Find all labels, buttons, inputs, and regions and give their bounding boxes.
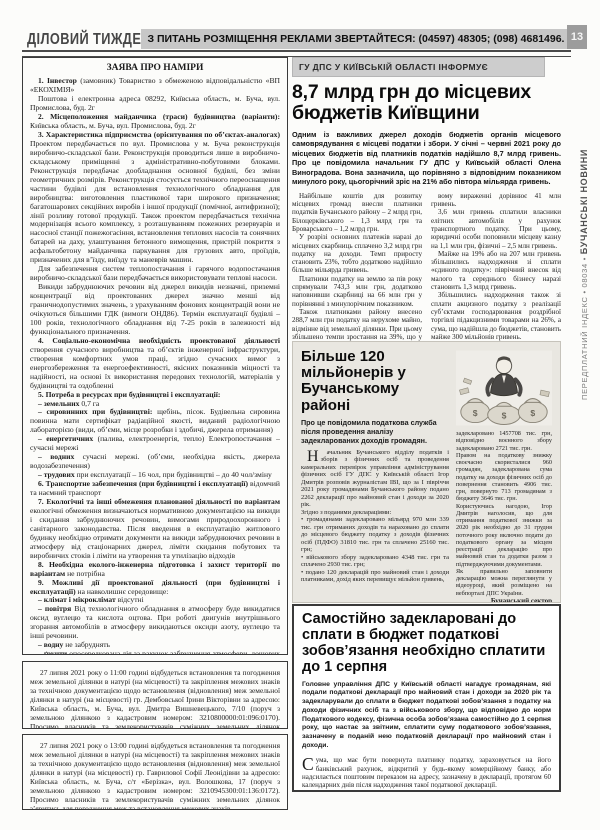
notice-paragraph-text: Проектом передбачається по вул. Промисло… bbox=[30, 139, 280, 264]
notice-paragraph-heading: – енергетичних bbox=[38, 434, 93, 443]
millionaires-bullet-list: • громадянами задекларовано мільярд 970 … bbox=[301, 516, 449, 583]
masthead-divider bbox=[22, 50, 571, 57]
subscription-index-strip: ПЕРЕДПЛАТНИЙ ІНДЕКС • 08034 • БУЧАНСЬКІ … bbox=[563, 55, 583, 400]
millionaires-bullet: • подано 120 декларацій про майновий ста… bbox=[301, 569, 449, 584]
land-survey-notice-1: 27 липня 2021 року о 11:00 годині відбуд… bbox=[22, 661, 288, 729]
land-survey-notice-1-text: 27 липня 2021 року о 11:00 годині відбуд… bbox=[30, 668, 280, 729]
notice-paragraph-heading: 3. Характеристика підприємства (орієнтув… bbox=[38, 130, 280, 139]
newspaper-page: ДІЛОВИЙ ТИЖДЕНЬ З ПИТАНЬ РОЗМІЩЕННЯ РЕКЛ… bbox=[0, 0, 600, 830]
article-column-1: Найбільше коштів для розвитку місцевих г… bbox=[292, 192, 422, 364]
article-lead: Одним із важливих джерел доходів бюджеті… bbox=[292, 130, 561, 187]
vertical-brand: БУЧАНСЬКІ НОВИНИ bbox=[579, 149, 589, 254]
millionaires-column-1: Більше 120 мільйонерів у Бучанському рай… bbox=[301, 349, 449, 595]
article-paragraph: Збільшились надходження також зі сплати … bbox=[431, 291, 561, 341]
notice-paragraph-heading: – водну bbox=[38, 640, 63, 649]
subscription-index-text: ПЕРЕДПЛАТНИЙ ІНДЕКС • 08034 • БУЧАНСЬКІ … bbox=[579, 55, 589, 400]
millionaires-intro: Начальник Бучанського відділу податків і… bbox=[301, 449, 449, 509]
statement-of-intent-notice: ЗАЯВА ПРО НАМІРИ 1. Інвестор (замовник) … bbox=[22, 57, 288, 655]
millionaires-subhead: Про це повідомила податкова служба після… bbox=[301, 418, 449, 445]
notice-paragraph-text: опосередкована дія за рахунок забрудненн… bbox=[30, 649, 280, 655]
notice-paragraph-text: при експлуатації – 16 чол, при будівницт… bbox=[75, 470, 272, 479]
notice-paragraph-heading: 1. Інвестор bbox=[38, 76, 77, 85]
millionaires-paragraph: задекларовано 1457708 тис. грн, відповід… bbox=[456, 430, 552, 452]
notice-paragraph-heading: 6. Транспортне забезпечення (при будівни… bbox=[38, 479, 248, 488]
notice-paragraph-heading: 7. Екологічні та інші обмеження планован… bbox=[38, 497, 280, 506]
notice-paragraph-text: відсутні bbox=[116, 595, 144, 604]
notice-paragraph-heading: – сировинних при будівництві: bbox=[38, 407, 152, 416]
article-kicker: ГУ ДПС У КИЇВСЬКІЙ ОБЛАСТІ ІНФОРМУЄ bbox=[292, 57, 545, 77]
notice-paragraph-heading: – повітря bbox=[38, 604, 71, 613]
notice-paragraph-heading: – ґрунти bbox=[38, 649, 67, 655]
notice-paragraph-text: Київська область, м. Буча, вул. Промисло… bbox=[30, 121, 196, 130]
page-number: 13 bbox=[567, 25, 587, 49]
notice-title: ЗАЯВА ПРО НАМІРИ bbox=[30, 63, 280, 74]
millionaires-paragraph: Як правильно заповнити декларацію можна … bbox=[456, 568, 552, 597]
notice-paragraph: 9. Можливі дії проектованої діяльності (… bbox=[30, 579, 280, 597]
index-number: • 08034 • bbox=[580, 254, 589, 296]
land-survey-notice-2-text: 27 липня 2021 року о 13:00 годині відбуд… bbox=[30, 741, 280, 810]
article-paragraph: Майже на 19% або на 207 млн гривень збіл… bbox=[431, 250, 561, 291]
notice-paragraph-heading: 2. Місцеположення майданчика (траси) буд… bbox=[38, 112, 280, 121]
notice-paragraph-heading: 4. Соціально-економічна необхідність про… bbox=[38, 336, 280, 345]
article-paragraph: 3,6 млн гривень сплатили власники елітни… bbox=[431, 208, 561, 249]
index-label: ПЕРЕДПЛАТНИЙ ІНДЕКС bbox=[580, 296, 589, 400]
notice-paragraph: – сировинних при будівництві: щебінь, пі… bbox=[30, 408, 280, 435]
notice-paragraph-text: створення сучасного виробництва та об’єк… bbox=[30, 345, 280, 390]
svg-text:$: $ bbox=[530, 408, 535, 418]
notice-paragraph-text: 0,7 га bbox=[79, 399, 99, 408]
notice-paragraph-heading: – трудових bbox=[38, 470, 75, 479]
article-headline: 8,7 млрд грн до місцевих бюджетів Київщи… bbox=[292, 82, 561, 125]
millionaires-continued-text: задекларовано 1457708 тис. грн, відповід… bbox=[456, 430, 552, 597]
notice-body: 1. Інвестор (замовник) Товариство з обме… bbox=[30, 77, 280, 655]
notice-paragraph: Поштова і електронна адреса 08292, Київс… bbox=[30, 95, 280, 113]
notice-paragraph: Для забезпечення систем теплопостачання … bbox=[30, 265, 280, 283]
article-body: Найбільше коштів для розвитку місцевих г… bbox=[292, 192, 561, 364]
article-paragraph: У розрізі основних платежів наразі до мі… bbox=[292, 233, 422, 274]
article-column-2: вому вираженні дорівнює 41 млн гривень.3… bbox=[431, 192, 561, 364]
deadline-headline: Самостійно задекларовані до сплати в бюд… bbox=[302, 612, 551, 676]
notice-paragraph-text: Для забезпечення систем теплопостачання … bbox=[30, 264, 280, 282]
millionaires-bullet: • військового збору задекларовано 4348 т… bbox=[301, 554, 449, 569]
millionaires-column-2: $$$ задекларовано 1457708 т bbox=[456, 349, 552, 595]
money-bags-man-illustration: $$$ bbox=[456, 349, 552, 427]
notice-paragraph-heading: – земельних bbox=[38, 399, 79, 408]
notice-paragraph: 1. Інвестор (замовник) Товариство з обме… bbox=[30, 77, 280, 95]
millionaires-list-intro: Згідно з поданими деклараціями: bbox=[301, 509, 449, 516]
millionaires-paragraph: Користуючись нагодою, Ігор Дмитрів нагол… bbox=[456, 503, 552, 568]
notice-paragraph: – ґрунти опосередкована дія за рахунок з… bbox=[30, 650, 280, 655]
notice-paragraph-text: не забруднять bbox=[63, 640, 110, 649]
payment-deadline-article: Самостійно задекларовані до сплати в бюд… bbox=[292, 604, 561, 792]
notice-paragraph-text: Поштова і електронна адреса 08292, Київс… bbox=[30, 94, 280, 112]
notice-paragraph-heading: 5. Потреба в ресурсах при будівництві і … bbox=[38, 390, 220, 399]
notice-paragraph-text: Викиди забруднюючих речовин від джерел в… bbox=[30, 282, 280, 336]
notice-paragraph-heading: – клімат і мікроклімат bbox=[38, 595, 116, 604]
land-survey-notice-2: 27 липня 2021 року о 13:00 годині відбуд… bbox=[22, 734, 288, 810]
article-paragraph: Найбільше коштів для розвитку місцевих г… bbox=[292, 192, 422, 233]
notice-paragraph: 7. Екологічні та інші обмеження планован… bbox=[30, 498, 280, 561]
ad-contact-bar: З ПИТАНЬ РОЗМІЩЕННЯ РЕКЛАМИ ЗВЕРТАЙТЕСЯ:… bbox=[141, 29, 571, 49]
notice-paragraph-text: екологічні обмеження визначаються нормат… bbox=[30, 506, 280, 560]
millionaires-paragraph: Правом на податкову знижку своєчасно ско… bbox=[456, 452, 552, 503]
notice-paragraph: – повітря Від технологічного обладнання … bbox=[30, 605, 280, 641]
notice-paragraph-text: на навколишнє середовище: bbox=[76, 587, 169, 596]
notice-paragraph: 2. Місцеположення майданчика (траси) буд… bbox=[30, 113, 280, 131]
tax-revenue-article: ГУ ДПС У КИЇВСЬКІЙ ОБЛАСТІ ІНФОРМУЄ 8,7 … bbox=[292, 57, 561, 364]
notice-paragraph: – енергетичних (палива, електроенергія, … bbox=[30, 435, 280, 453]
millionaires-signature: Бучанський сектор організації роботи bbox=[456, 597, 552, 603]
notice-paragraph: – водних сучасні мережі. (об’єми, необхі… bbox=[30, 453, 280, 471]
millionaires-headline: Більше 120 мільйонерів у Бучанському рай… bbox=[301, 349, 449, 414]
notice-paragraph-heading: – водних bbox=[38, 452, 74, 461]
notice-paragraph: 4. Соціально-економічна необхідність про… bbox=[30, 337, 280, 391]
millionaires-article: Більше 120 мільйонерів у Бучанському рай… bbox=[292, 341, 561, 603]
article-paragraph: вому вираженні дорівнює 41 млн гривень. bbox=[431, 192, 561, 209]
notice-paragraph: 8. Необхідна еколого-інженерна підготовк… bbox=[30, 561, 280, 579]
article-paragraph: Платники податку на землю за пів року сп… bbox=[292, 275, 422, 308]
notice-paragraph: 6. Транспортне забезпечення (при будівни… bbox=[30, 480, 280, 498]
notice-paragraph: Викиди забруднюючих речовин від джерел в… bbox=[30, 283, 280, 337]
millionaires-bullet: • громадянами задекларовано мільярд 970 … bbox=[301, 516, 449, 553]
svg-text:$: $ bbox=[473, 408, 478, 418]
notice-paragraph-text: не потрібна bbox=[65, 569, 105, 578]
svg-text:$: $ bbox=[502, 411, 507, 421]
deadline-body: Сума, що має бути повернута платнику под… bbox=[302, 756, 551, 790]
notice-paragraph: 3. Характеристика підприємства (орієнтув… bbox=[30, 131, 280, 265]
deadline-lead: Головне управління ДПС у Київській облас… bbox=[302, 681, 551, 751]
